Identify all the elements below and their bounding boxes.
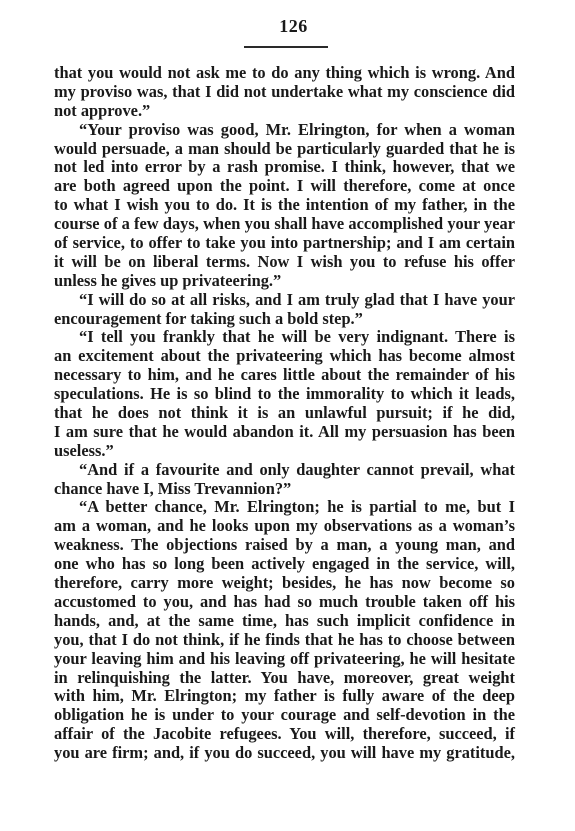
text-line: your leaving him and his leaving off pri… <box>54 650 515 669</box>
text-line: “I tell you frankly that he will be very… <box>54 328 515 347</box>
text-line: in relinquishing the latter. You have, m… <box>54 669 515 688</box>
text-line: that he does not think it is an unlawful… <box>54 404 515 423</box>
text-line: to what I wish you to do. It is the inte… <box>54 196 515 215</box>
body-text: that you would not ask me to do any thin… <box>54 64 515 763</box>
text-line: it will be on liberal terms. Now I wish … <box>54 253 515 272</box>
text-line: “A better chance, Mr. Elrington; he is p… <box>54 498 515 517</box>
text-line: would persuade, a man should be particul… <box>54 140 515 159</box>
text-line: accustomed to you, and has had so much t… <box>54 593 515 612</box>
text-line: obligation he is under to your courage a… <box>54 706 515 725</box>
text-line: course of a few days, when you shall hav… <box>54 215 515 234</box>
text-line: of service, to offer to take you into pa… <box>54 234 515 253</box>
text-line: necessary to him, and he cares little ab… <box>54 366 515 385</box>
header-rule <box>244 46 328 48</box>
text-line: are both agreed upon the point. I will t… <box>54 177 515 196</box>
text-line: hands, and, at the same time, has such i… <box>54 612 515 631</box>
text-line: you are firm; and, if you do succeed, yo… <box>54 744 515 763</box>
text-line: “I will do so at all risks, and I am tru… <box>54 291 515 310</box>
text-line: “Your proviso was good, Mr. Elrington, f… <box>54 121 515 140</box>
text-line: you, that I do not think, if he finds th… <box>54 631 515 650</box>
text-line: with him, Mr. Elrington; my father is fu… <box>54 687 515 706</box>
text-line: my proviso was, that I did not undertake… <box>54 83 515 102</box>
page-number: 126 <box>0 15 575 37</box>
text-line: weakness. The objections raised by a man… <box>54 536 515 555</box>
text-line: one who has so long been actively engage… <box>54 555 515 574</box>
text-line: useless.” <box>54 442 515 461</box>
text-line: unless he gives up privateering.” <box>54 272 515 291</box>
text-line: not led into error by a rash promise. I … <box>54 158 515 177</box>
text-line: chance have I, Miss Trevannion?” <box>54 480 515 499</box>
text-line: affair of the Jacobite refugees. You wil… <box>54 725 515 744</box>
text-line: speculations. He is so blind to the immo… <box>54 385 515 404</box>
text-line: am a woman, and he looks upon my observa… <box>54 517 515 536</box>
book-page: 126 that you would not ask me to do any … <box>0 0 575 831</box>
text-line: not approve.” <box>54 102 515 121</box>
text-line: encouragement for taking such a bold ste… <box>54 310 515 329</box>
text-line: that you would not ask me to do any thin… <box>54 64 515 83</box>
text-line: I am sure that he would abandon it. All … <box>54 423 515 442</box>
text-line: therefore, carry more weight; besides, h… <box>54 574 515 593</box>
text-line: an excitement about the privateering whi… <box>54 347 515 366</box>
text-line: “And if a favourite and only daughter ca… <box>54 461 515 480</box>
